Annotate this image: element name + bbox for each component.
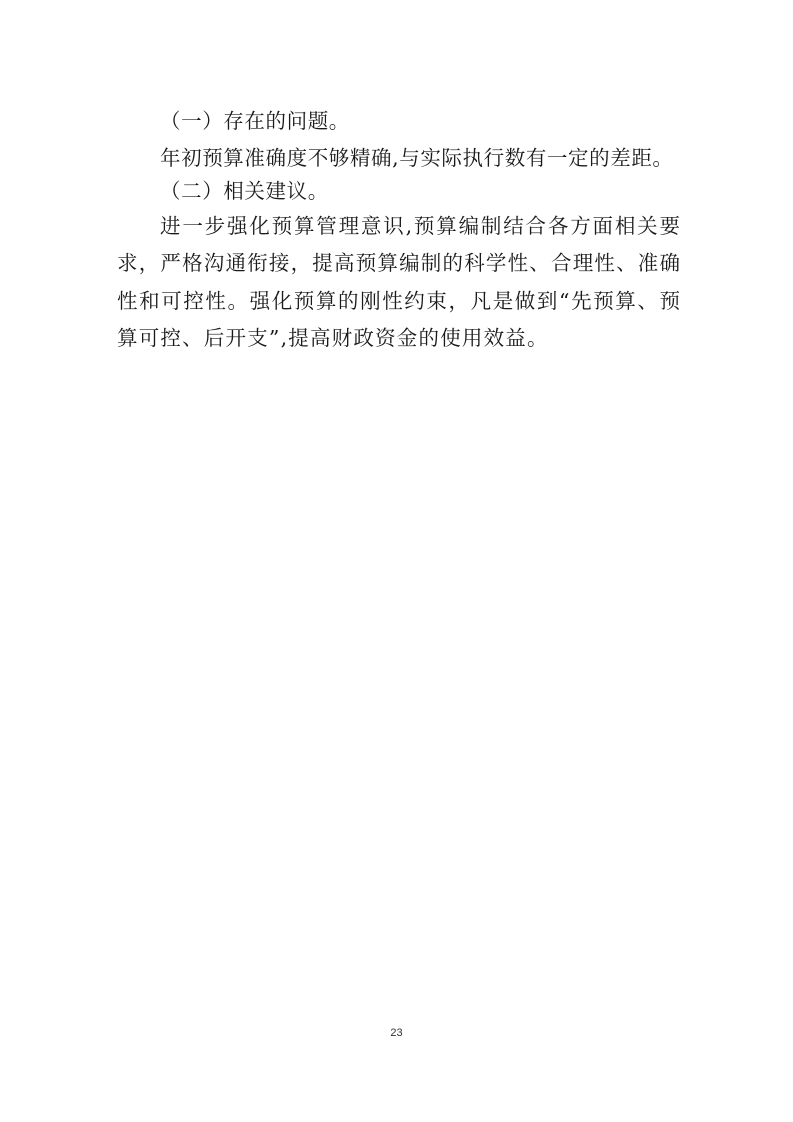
section-heading-suggestions: （二）相关建议。 [160,178,329,204]
document-page: （一）存在的问题。 年初预算准确度不够精确,与实际执行数有一定的差距。 （二）相… [0,0,793,1122]
page-number: 23 [0,1027,793,1039]
suggestions-paragraph-line-4: 算可控、后开支”,提高财政资金的使用效益。 [117,325,549,351]
suggestions-paragraph-line-3: 性和可控性。强化预算的刚性约束，凡是做到“先预算、预 [117,288,680,314]
suggestions-paragraph-line-2: 求，严格沟通衔接，提高预算编制的科学性、合理性、准确 [117,250,680,276]
suggestions-paragraph-line-1: 进一步强化预算管理意识,预算编制结合各方面相关要 [160,213,680,239]
section-heading-problems: （一）存在的问题。 [160,108,350,134]
problems-paragraph: 年初预算准确度不够精确,与实际执行数有一定的差距。 [160,145,674,171]
